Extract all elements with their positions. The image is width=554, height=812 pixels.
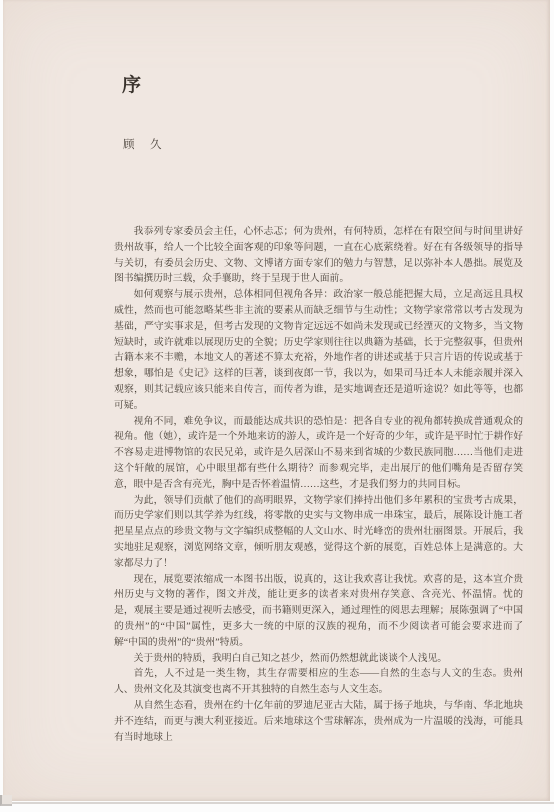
paragraph-1: 我忝列专家委员会主任，心怀忐忑；何为贵州，有何特质，怎样在有限空间与时间里讲好贵… bbox=[114, 224, 523, 287]
paragraph-5: 现在，展览要浓缩成一本图书出版，说真的，这让我欢喜让我忧。欢喜的是，这本宣介贵州… bbox=[114, 572, 523, 651]
paragraph-3: 视角不同，难免争议，而最能达成共识的恐怕是：把各自专业的视角都转换成普通观众的视… bbox=[114, 414, 523, 493]
paragraph-7: 首先，人不过是一类生物，其生存需要相应的生态——自然的生态与人文的生态。贵州人、… bbox=[114, 666, 523, 698]
book-page: 序 顾 久 我忝列专家委员会主任，心怀忐忑；何为贵州，有何特质，怎样在有限空间与… bbox=[3, 0, 550, 801]
author-name: 顾 久 bbox=[123, 136, 164, 152]
scan-corner-mark bbox=[0, 795, 12, 806]
paragraph-6: 关于贵州的特质，我明白自己知之甚少，然而仍然想就此谈谈个人浅见。 bbox=[114, 651, 523, 667]
paragraph-2: 如何观察与展示贵州，总体相同但视角各异：政治家一般总能把握大局，立足高远且具权威… bbox=[114, 287, 523, 413]
paragraph-8: 从自然生态看，贵州在约十亿年前的罗迪尼亚古大陆，属于扬子地块，与华南、华北地块并… bbox=[114, 698, 523, 745]
paragraph-4: 为此，领导们贡献了他们的高明眼界，文物学家们捧持出他们多年累积的宝贵考古成果，而… bbox=[114, 493, 523, 572]
preface-body: 我忝列专家委员会主任，心怀忐忑；何为贵州，有何特质，怎样在有限空间与时间里讲好贵… bbox=[114, 224, 523, 745]
page-title: 序 bbox=[122, 70, 143, 97]
scan-background: 序 顾 久 我忝列专家委员会主任，心怀忐忑；何为贵州，有何特质，怎样在有限空间与… bbox=[0, 0, 554, 812]
scan-edge-line bbox=[0, 802, 554, 804]
